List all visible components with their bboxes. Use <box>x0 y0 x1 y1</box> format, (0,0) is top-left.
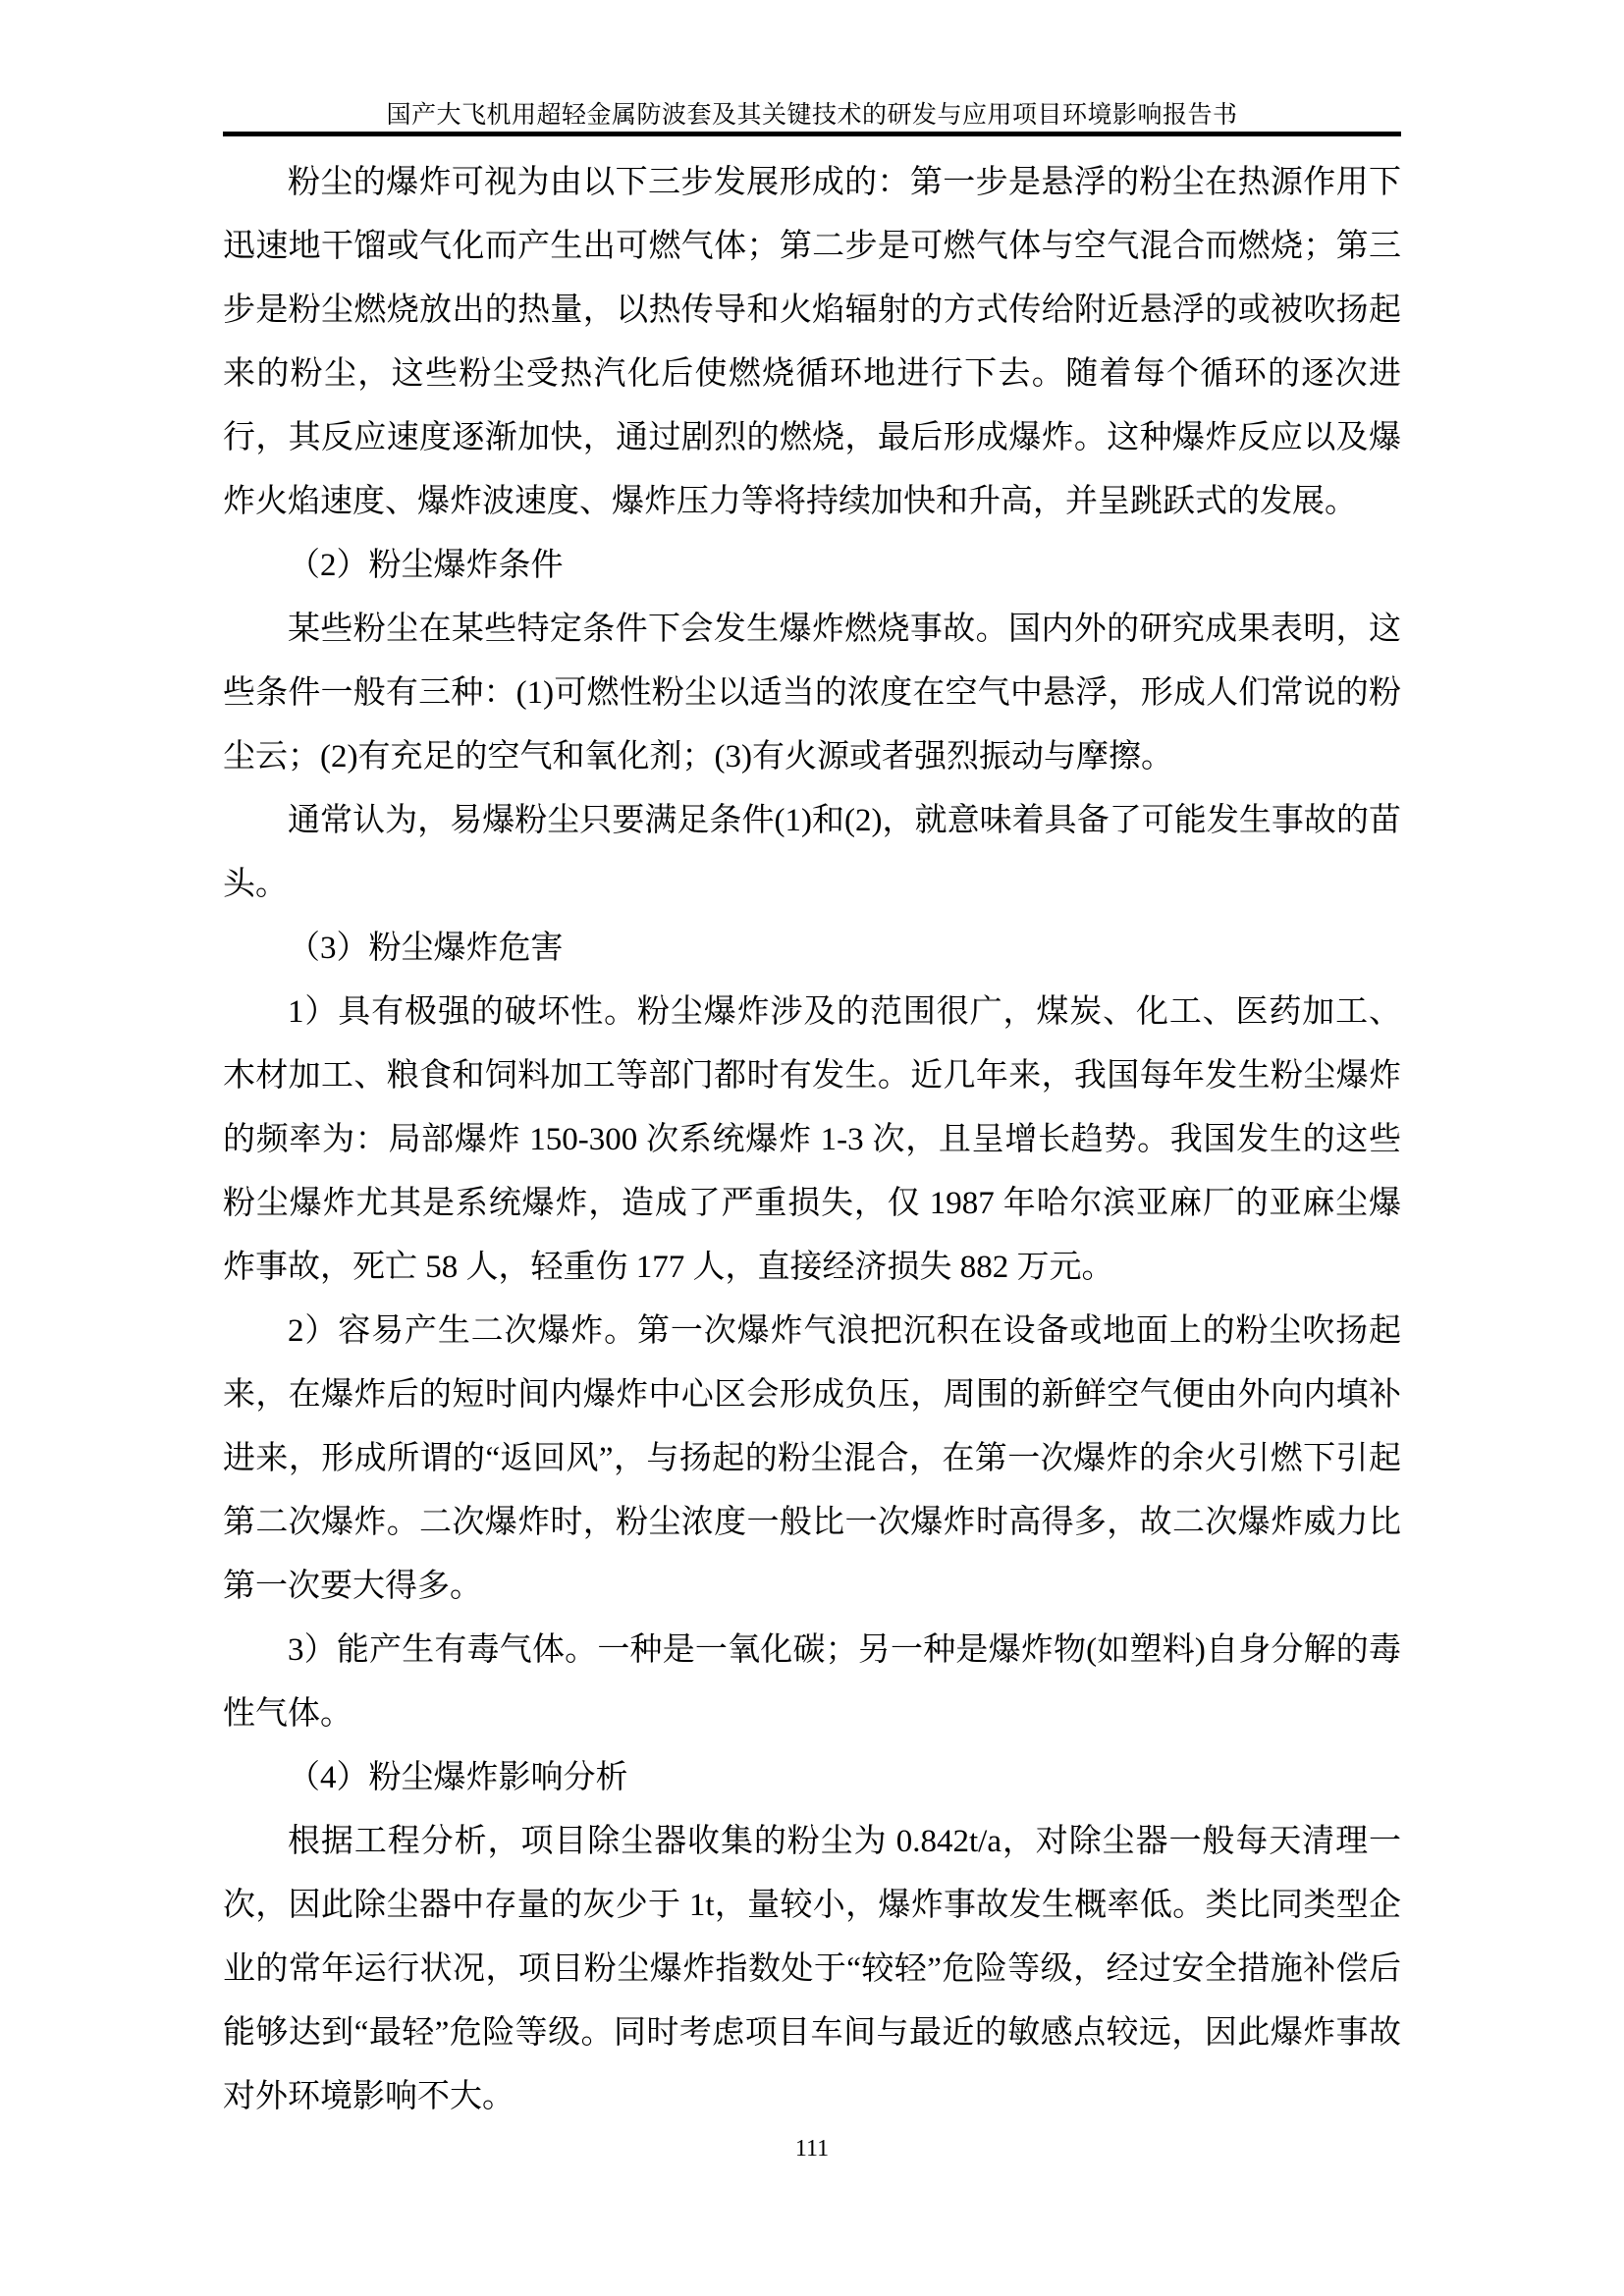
heading-dust-explosion-hazards: （3）粉尘爆炸危害 <box>223 917 1401 981</box>
paragraph-hazard-toxic-gas: 3）能产生有毒气体。一种是一氧化碳；另一种是爆炸物(如塑料)自身分解的毒性气体。 <box>223 1619 1401 1746</box>
paragraph-dust-explosion-steps: 粉尘的爆炸可视为由以下三步发展形成的：第一步是悬浮的粉尘在热源作用下迅速地干馏或… <box>223 151 1401 534</box>
paragraph-hazard-secondary-explosion: 2）容易产生二次爆炸。第一次爆炸气浪把沉积在设备或地面上的粉尘吹扬起来，在爆炸后… <box>223 1300 1401 1619</box>
paragraph-conditions-note: 通常认为，易爆粉尘只要满足条件(1)和(2)，就意味着具备了可能发生事故的苗头。 <box>223 789 1401 917</box>
heading-dust-explosion-impact-analysis: （4）粉尘爆炸影响分析 <box>223 1746 1401 1810</box>
paragraph-hazard-destructiveness: 1）具有极强的破坏性。粉尘爆炸涉及的范围很广，煤炭、化工、医药加工、木材加工、粮… <box>223 981 1401 1300</box>
paragraph-explosion-conditions: 某些粉尘在某些特定条件下会发生爆炸燃烧事故。国内外的研究成果表明，这些条件一般有… <box>223 598 1401 789</box>
paragraph-impact-analysis: 根据工程分析，项目除尘器收集的粉尘为 0.842t/a，对除尘器一般每天清理一次… <box>223 1810 1401 2129</box>
heading-dust-explosion-conditions: （2）粉尘爆炸条件 <box>223 534 1401 598</box>
document-body: 粉尘的爆炸可视为由以下三步发展形成的：第一步是悬浮的粉尘在热源作用下迅速地干馏或… <box>223 151 1401 2129</box>
page-header-title: 国产大飞机用超轻金属防波套及其关键技术的研发与应用项目环境影响报告书 <box>223 95 1401 131</box>
header-rule <box>223 132 1401 136</box>
page-number: 111 <box>795 2136 829 2162</box>
page-footer: 111 <box>0 2136 1624 2163</box>
document-page: 国产大飞机用超轻金属防波套及其关键技术的研发与应用项目环境影响报告书 粉尘的爆炸… <box>0 0 1624 2296</box>
